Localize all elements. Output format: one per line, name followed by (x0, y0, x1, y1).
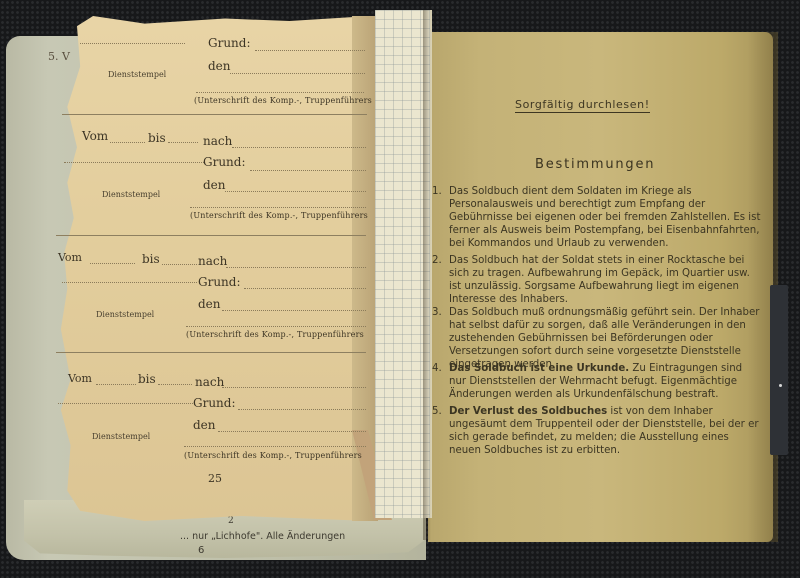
from-label: Vom (68, 372, 92, 385)
rule-bold-text: Das Soldbuch ist eine Urkunde. (449, 363, 629, 374)
reason-label: Grund: (203, 155, 246, 169)
rule-5: 5. Der Verlust des Soldbuches ist von de… (432, 405, 762, 457)
dest-label: nach (203, 134, 232, 148)
from-label: Vom (82, 129, 108, 143)
date-label: den (203, 178, 226, 192)
rule-text: Das Soldbuch dient dem Soldaten im Krieg… (449, 186, 760, 249)
signature-label: (Unterschrift des Komp.-, Truppenführers (186, 330, 364, 339)
stamp-label: Dienststempel (108, 70, 166, 79)
reason-label: Grund: (198, 275, 241, 289)
binding-shadow (423, 10, 431, 540)
dest-label: nach (195, 375, 224, 389)
signature-label: (Unterschrift des Komp.-, Truppenführers (184, 451, 362, 460)
page-number: 25 (208, 472, 222, 485)
from-label: Vom (58, 251, 82, 264)
rule-number: 4. (432, 362, 442, 375)
signature-label: (Unterschrift des Komp.-, Truppenführers (190, 211, 368, 220)
rule-number: 3. (432, 306, 442, 319)
rule-2: 2. Das Soldbuch hat der Soldat stets in … (432, 254, 762, 306)
to-label: bis (148, 131, 166, 145)
metal-clip-tab (770, 285, 788, 455)
to-label: bis (142, 252, 160, 266)
stamp-label: Dienststempel (96, 310, 154, 319)
underlying-page-text: ... nur „Lichhofe". Alle Änderungen (180, 531, 345, 542)
stamp-label: Dienststempel (102, 190, 160, 199)
stamp-label: Dienststempel (92, 432, 150, 441)
page-title: Bestimmungen (535, 157, 655, 172)
read-carefully-note: Sorgfältig durchlesen! (515, 98, 650, 113)
underlying-page-number: 6 (198, 545, 204, 556)
clip-rivet (779, 384, 782, 387)
rule-number: 2. (432, 254, 442, 267)
reason-label: Grund: (208, 36, 251, 50)
rule-number: 1. (432, 185, 442, 198)
rule-1: 1. Das Soldbuch dient dem Soldaten im Kr… (432, 185, 762, 250)
to-label: bis (138, 372, 156, 386)
signature-label: (Unterschrift des Komp.-, Truppenführers (194, 96, 372, 105)
rule-text: Das Soldbuch hat der Soldat stets in ein… (449, 255, 750, 305)
date-label: den (193, 418, 216, 432)
reason-label: Grund: (193, 396, 236, 410)
date-label: den (198, 297, 221, 311)
underlying-partial-number: 2 (228, 516, 234, 526)
dest-label: nach (198, 254, 227, 268)
rule-text: Das Soldbuch muß ordnungsmäßig geführt s… (449, 307, 759, 370)
rule-number: 5. (432, 405, 442, 418)
rule-4: 4. Das Soldbuch ist eine Urkunde. Zu Ein… (432, 362, 762, 401)
rule-bold-text: Der Verlust des Soldbuches (449, 406, 607, 417)
partial-section-number: 5. V (48, 50, 70, 63)
date-label: den (208, 59, 231, 73)
